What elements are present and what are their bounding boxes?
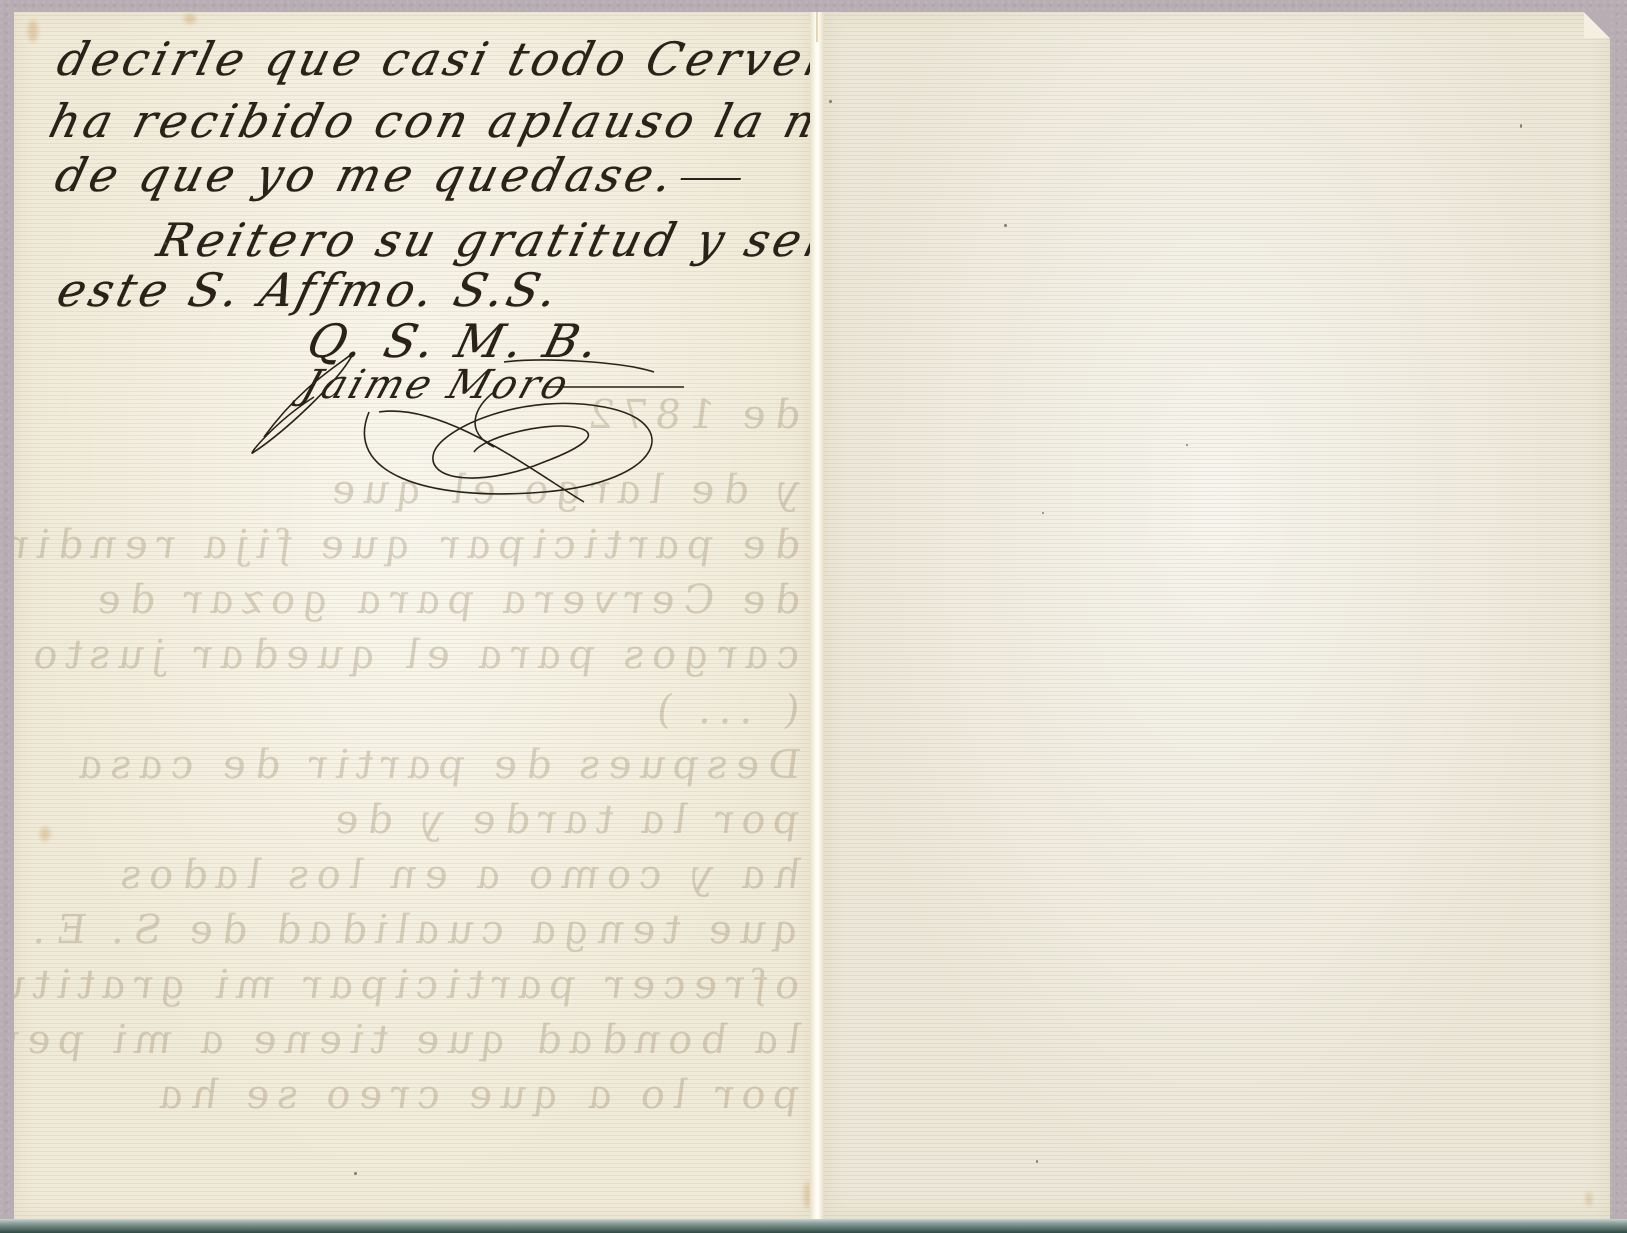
ink-speck (1004, 224, 1007, 227)
bleed-line: que tenga cualidad de S. E. (27, 907, 808, 953)
bleed-line: la bondad que tiene a mi persona (27, 1017, 808, 1063)
bleed-line: de Cervera para gozar de (27, 577, 808, 623)
bleed-line: ofrecer participar mi gratitud (27, 962, 808, 1008)
bleed-line: por la tarde y de (27, 797, 808, 843)
paper-stain (28, 20, 38, 42)
letter-line: Reitero su gratitud y servicios (152, 213, 810, 267)
left-page: de 1872 y de largo el que de participar … (14, 12, 810, 1221)
letter-line: decirle que casi todo Cervera (52, 32, 810, 86)
bleed-line: por lo a que creo se ha (27, 1072, 808, 1118)
bleed-line: Despues de partir de casa (27, 742, 808, 788)
paper-stain (1586, 1192, 1592, 1206)
bleed-through-text: de 1872 y de largo el que de participar … (34, 392, 800, 1221)
right-page (824, 12, 1610, 1221)
ink-speck (1520, 124, 1522, 128)
ink-speck (829, 100, 832, 103)
ink-speck (354, 1172, 357, 1175)
bleed-line: de participar que fija rendir (27, 522, 808, 568)
page-corner (1584, 12, 1610, 38)
ink-speck (1186, 444, 1188, 446)
ink-speck (1036, 1160, 1038, 1163)
scanner-bed-edge (0, 1219, 1627, 1233)
signature: Jaime Moro (244, 342, 704, 512)
page-fold (810, 12, 824, 1221)
signature-flourish-icon (244, 342, 704, 512)
letter-line: de que yo me quedase. (50, 148, 748, 202)
paper-stain (184, 14, 196, 24)
ink-speck (1042, 512, 1044, 514)
letter-sheet: de 1872 y de largo el que de participar … (14, 12, 1610, 1221)
bleed-line: cargos para el quedar justo (27, 632, 808, 678)
letter-line: ha recibido con aplauso la noticia (44, 94, 810, 148)
bleed-line: ha y como a en los lados (27, 852, 808, 898)
bleed-line: ( ... ) (27, 687, 808, 733)
letter-line: este S. Affmo. S.S. (52, 263, 567, 317)
ink-speck (164, 242, 167, 245)
paper-stain (40, 827, 50, 841)
